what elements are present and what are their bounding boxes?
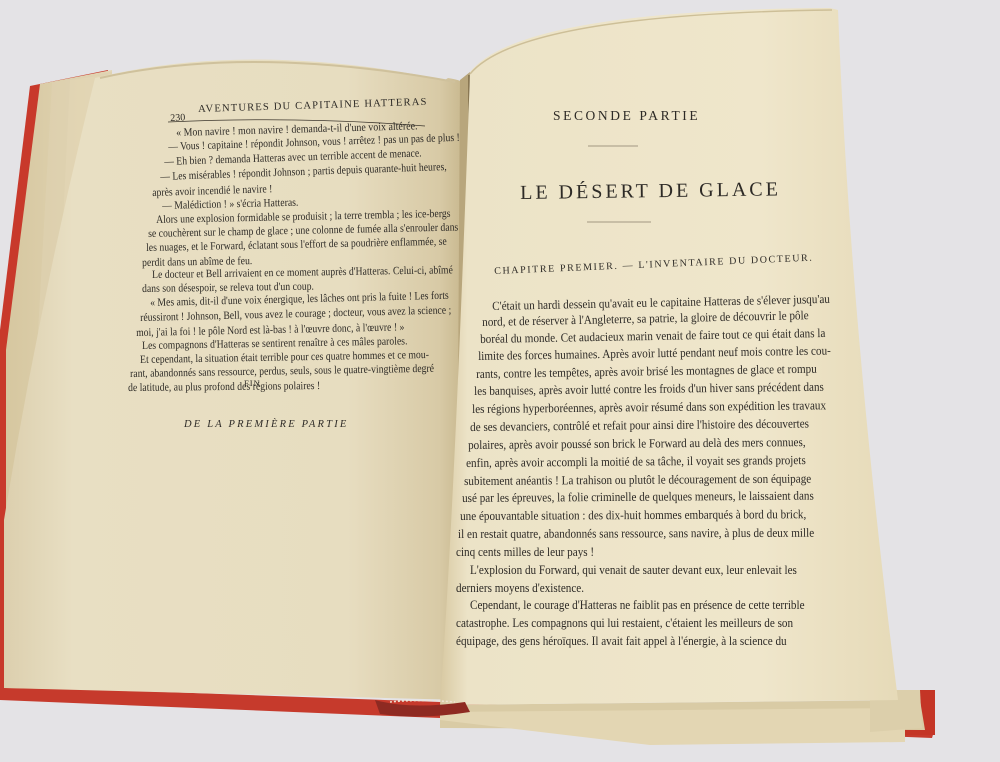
text-line: enfin, après avoir accompli la moitié de…	[466, 452, 806, 473]
text-line: L'explosion du Forward, qui venait de sa…	[470, 562, 797, 580]
fin-label: FIN	[244, 378, 261, 388]
text-line: catastrophe. Les compagnons qui lui rest…	[456, 615, 793, 633]
text-line: usé par les épreuves, la folie criminell…	[462, 488, 814, 508]
part-title: SECONDE PARTIE	[553, 108, 700, 124]
text-line: cinq cents milles de leur pays !	[456, 544, 594, 562]
text-line: équipage, des gens héroïques. Il avait f…	[456, 633, 787, 651]
text-line: derniers moyens d'existence.	[456, 580, 584, 598]
photo-scene: 230 AVENTURES DU CAPITAINE HATTERAS « Mo…	[0, 0, 1000, 762]
fin-subtitle: DE LA PREMIÈRE PARTIE	[184, 419, 349, 430]
text-line: de latitude, au plus profond des régions…	[128, 379, 320, 395]
text-line: de ses devanciers, contrôlé et refait po…	[470, 415, 809, 436]
main-title: LE DÉSERT DE GLACE	[520, 178, 781, 205]
text-line: Cependant, le courage d'Hatteras ne faib…	[470, 597, 805, 615]
text-line: il en restait quatre, abandonnés sans re…	[458, 525, 814, 544]
text-line: une épouvantable situation : des dix-hui…	[460, 506, 806, 525]
page-number: 230	[170, 112, 185, 124]
